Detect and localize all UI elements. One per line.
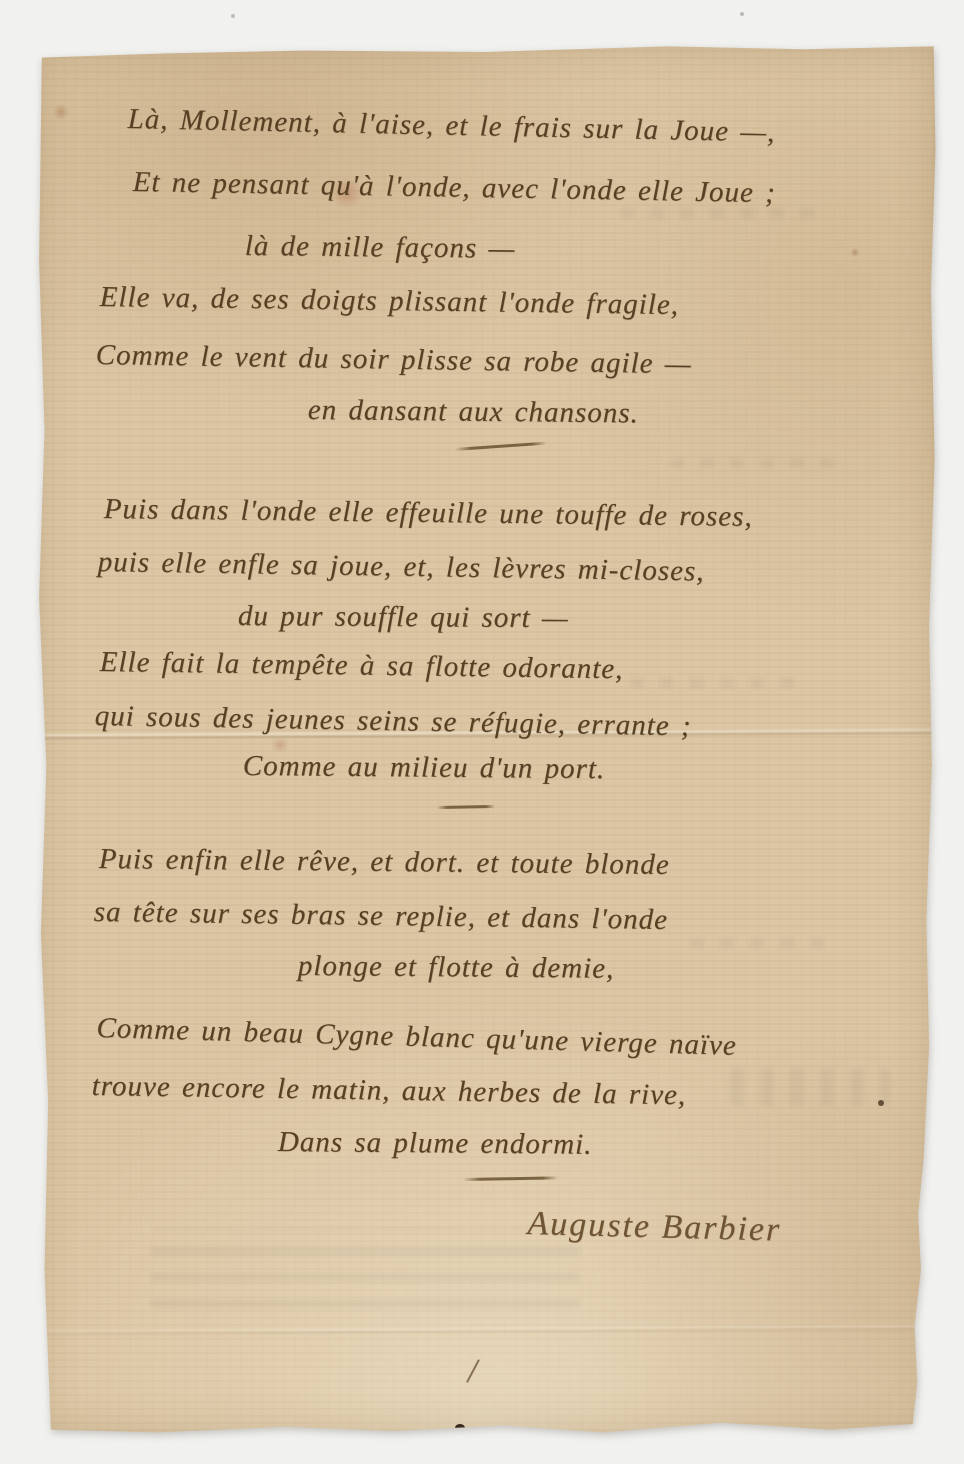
- verse-line-15: plonge et flotte à demie,: [298, 950, 615, 986]
- verse-line-16: Comme un beau Cygne blanc qu'une vierge …: [96, 1012, 737, 1063]
- stray-pen-stroke: [466, 1359, 480, 1383]
- bleedthrough-mark: [630, 678, 810, 688]
- manuscript-page-wrap: Là, Mollement, à l'aise, et le frais sur…: [30, 38, 940, 1438]
- verse-line-14: sa tête sur ses bras se replie, et dans …: [94, 896, 669, 937]
- verse-line-18: Dans sa plume endormi.: [278, 1126, 593, 1162]
- fold-crease-faint: [30, 1323, 940, 1337]
- verse-line-2: Et ne pensant qu'à l'onde, avec l'onde e…: [132, 166, 776, 210]
- manuscript-page: Là, Mollement, à l'aise, et le frais sur…: [30, 38, 940, 1438]
- bleedthrough-text-area: [150, 1228, 580, 1308]
- author-signature: Auguste Barbier: [527, 1205, 782, 1250]
- bleedthrough-mark: [620, 208, 830, 218]
- ink-dot: [455, 1424, 465, 1432]
- verse-line-9: du pur souffle qui sort —: [238, 600, 569, 635]
- verse-line-17: trouve encore le matin, aux herbes de la…: [91, 1070, 686, 1112]
- verse-line-3: là de mille façons —: [245, 230, 516, 266]
- ink-speck: [878, 1100, 884, 1106]
- verse-line-1: Là, Mollement, à l'aise, et le frais sur…: [127, 103, 775, 150]
- foxing-spot: [850, 248, 860, 257]
- bleedthrough-mark: [670, 458, 840, 468]
- verse-line-7: Puis dans l'onde elle effeuille une touf…: [104, 493, 753, 534]
- verse-line-6: en dansant aux chansons.: [308, 394, 639, 430]
- verse-line-8: puis elle enfle sa joue, et, les lèvres …: [97, 546, 704, 589]
- bleedthrough-mark: [690, 938, 840, 948]
- verse-line-4: Elle va, de ses doigts plissant l'onde f…: [100, 281, 680, 322]
- scan-background: Là, Mollement, à l'aise, et le frais sur…: [0, 0, 964, 1464]
- verse-line-5: Comme le vent du soir plisse sa robe agi…: [95, 339, 691, 381]
- bleedthrough-mark: [730, 1068, 890, 1106]
- paper-stain: [52, 104, 70, 120]
- verse-line-12: Comme au milieu d'un port.: [243, 750, 606, 786]
- stanza-divider-2: [437, 805, 495, 809]
- dust-speck: [231, 14, 235, 18]
- stanza-divider-1: [455, 442, 547, 451]
- stanza-divider-3: [463, 1176, 558, 1181]
- verse-line-13: Puis enfin elle rêve, et dort. et toute …: [99, 843, 670, 882]
- dust-speck: [740, 12, 744, 16]
- verse-line-10: Elle fait la tempête à sa flotte odorant…: [100, 646, 624, 686]
